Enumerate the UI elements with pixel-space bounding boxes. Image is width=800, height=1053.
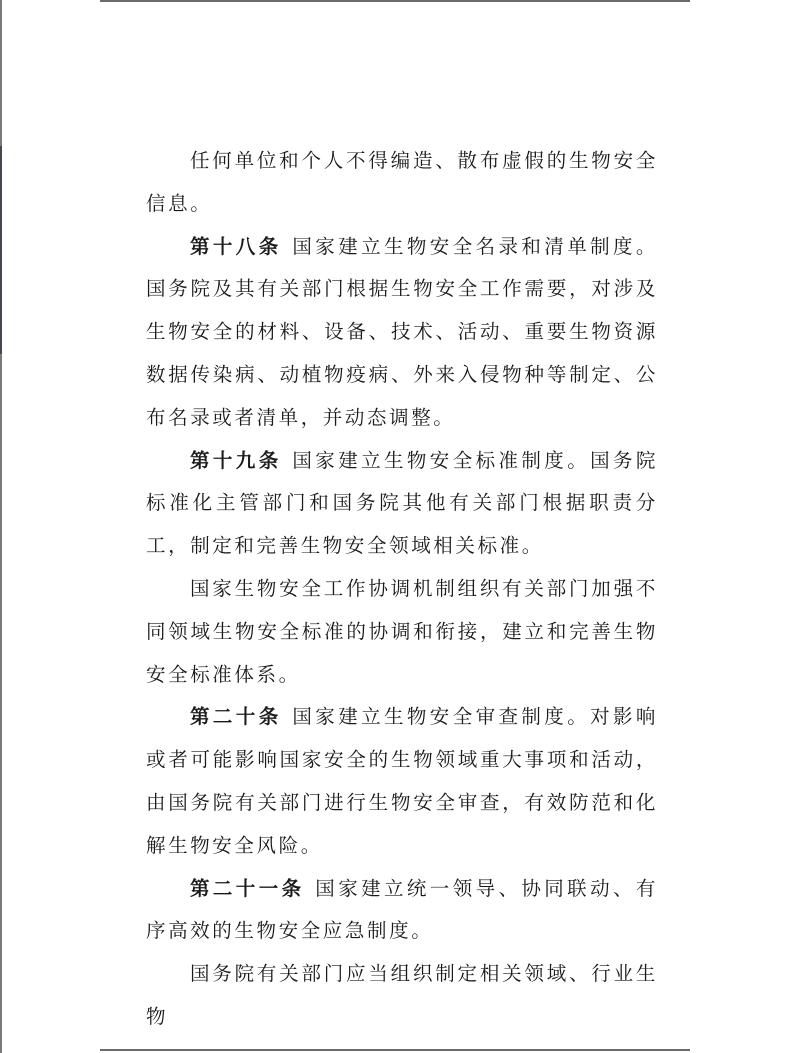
page-bottom-rule (100, 1049, 690, 1051)
paragraph-continuation: 任何单位和个人不得编造、散布虚假的生物安全信息。 (146, 140, 658, 226)
article-number: 第二十条 (190, 705, 282, 728)
article-number: 第十八条 (190, 235, 282, 258)
paragraph-text: 国务院有关部门应当组织制定相关领域、行业生物 (146, 962, 658, 1028)
paragraph-article-19: 第十九条国家建立生物安全标准制度。国务院标准化主管部门和国务院其他有关部门根据职… (146, 440, 658, 568)
document-body: 任何单位和个人不得编造、散布虚假的生物安全信息。 第十八条国家建立生物安全名录和… (146, 140, 658, 1039)
paragraph-text: 任何单位和个人不得编造、散布虚假的生物安全信息。 (146, 149, 658, 215)
paragraph-article-19-part-2: 国家生物安全工作协调机制组织有关部门加强不同领域生物安全标准的协调和衔接，建立和… (146, 568, 658, 696)
paragraph-text: 国家建立生物安全名录和清单制度。国务院及其有关部门根据生物安全工作需要，对涉及生… (146, 235, 658, 429)
paragraph-article-21: 第二十一条国家建立统一领导、协同联动、有序高效的生物安全应急制度。 (146, 868, 658, 954)
article-number: 第二十一条 (190, 877, 305, 900)
paragraph-text: 国家生物安全工作协调机制组织有关部门加强不同领域生物安全标准的协调和衔接，建立和… (146, 577, 658, 686)
paragraph-article-18: 第十八条国家建立生物安全名录和清单制度。国务院及其有关部门根据生物安全工作需要，… (146, 226, 658, 440)
paragraph-article-21-part-2: 国务院有关部门应当组织制定相关领域、行业生物 (146, 953, 658, 1039)
paragraph-article-20: 第二十条国家建立生物安全审查制度。对影响或者可能影响国家安全的生物领域重大事项和… (146, 696, 658, 867)
article-number: 第十九条 (190, 449, 282, 472)
page-top-rule (100, 0, 690, 2)
scroll-position-marker (0, 146, 2, 354)
